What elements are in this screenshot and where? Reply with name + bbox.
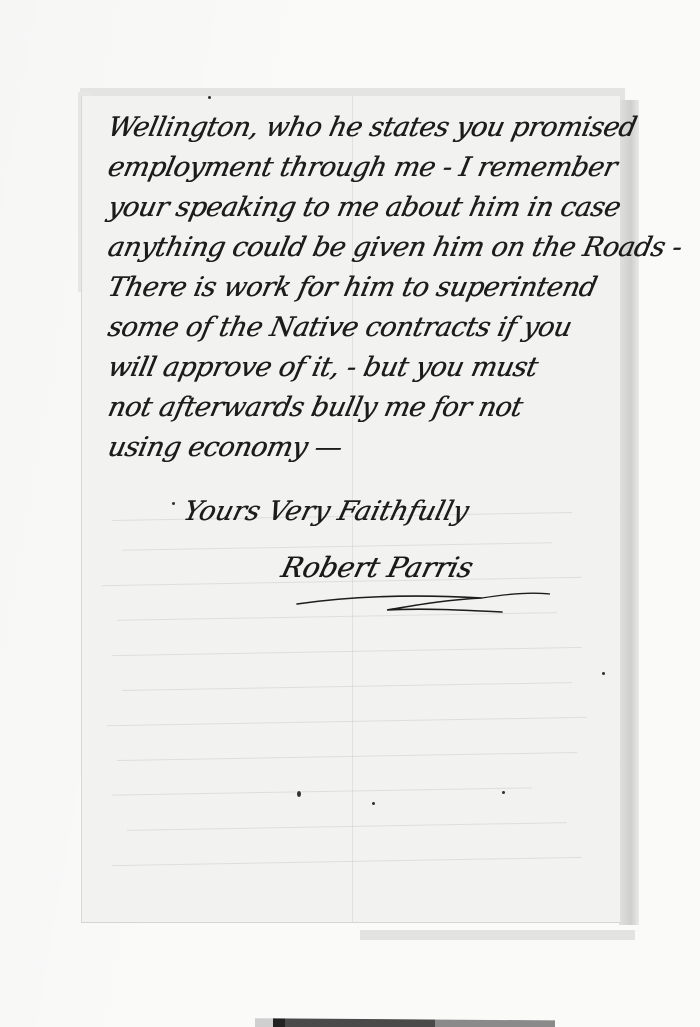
signature: Robert Parris: [278, 551, 477, 584]
ink-speck: [502, 791, 505, 794]
ink-speck: [172, 502, 175, 505]
page-edge-right: [619, 100, 639, 925]
body-line: employment through me - I remember: [104, 148, 623, 188]
body-line: anything could be given him on the Roads…: [104, 228, 623, 268]
ink-speck: [297, 791, 301, 797]
signature-flourish: [292, 586, 552, 616]
ink-speck: [208, 96, 211, 99]
body-line: your speaking to me about him in case: [104, 188, 623, 228]
body-line: some of the Native contracts if you: [104, 308, 623, 348]
body-line: using economy —: [104, 428, 623, 468]
page-edge-bottom: [360, 930, 635, 940]
letter-body: Wellington, who he states you promised e…: [104, 108, 614, 468]
letter-page: Wellington, who he states you promised e…: [81, 96, 620, 923]
body-line: There is work for him to superintend: [104, 268, 623, 308]
letter-closing: Yours Very Faithfully: [180, 496, 472, 527]
ink-speck: [372, 802, 375, 805]
ink-speck: [602, 672, 605, 675]
body-line: will approve of it, - but you must: [104, 348, 623, 388]
body-line: not afterwards bully me for not: [104, 388, 623, 428]
body-line: Wellington, who he states you promised: [104, 108, 623, 148]
